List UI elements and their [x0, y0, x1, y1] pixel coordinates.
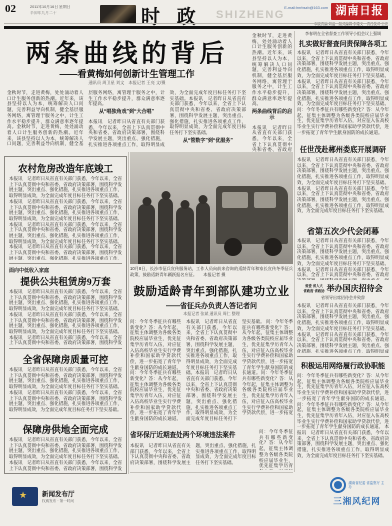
- lunar-date-line: 辛卯年九月二十: [30, 11, 100, 17]
- lead-crosshead-1: 从“唱独角戏”到“大合唱”: [88, 110, 164, 116]
- photo-caption: 10月8日，长沙市征兵宣传服务站，工作人员向前来咨询的适龄青年和家长宣传冬季征兵…: [130, 266, 293, 281]
- recruitment-article-title: 鼓励适龄青年到部队建功立业: [130, 283, 293, 299]
- column-separator: [128, 152, 129, 474]
- reception-article-body: 本报讯 记者昨日从省直有关部门获悉，今年以来，全省上下认真贯彻中央和省委、省政府…: [297, 303, 389, 353]
- article-divider: [9, 418, 122, 419]
- sanxiang-fengji-name: 三湘风纪网: [333, 495, 381, 507]
- photo-vehicle-window: [254, 192, 276, 208]
- lead-side-paragraph: 本报讯 记者昨日从省直有关部门获悉，今年以来，全省上下认真贯彻中央和省委、省政府…: [252, 125, 292, 152]
- newspaper-page: 02 2011年10月16日 星期日 辛卯年九月二十 时 政 SHIZHENG …: [0, 0, 392, 526]
- housing-article-3-title: 全省保障房质量可控: [9, 352, 122, 365]
- email-text: E-mail:hnrbszb@163.com: [262, 6, 328, 12]
- photo-vehicle-window: [222, 192, 248, 208]
- housing-article-1-body: 本报讯 记者昨日从省直有关部门获悉，今年以来，全省上下认真贯彻中央和省委、省政府…: [9, 176, 122, 260]
- lead-crosshead-2: 从“管数字”到“优服务”: [170, 139, 246, 145]
- lead-article-byline: 通讯员 周卫星 刘文 本报记者 王亮 文/摄: [8, 80, 246, 87]
- photo-vehicle-wheel: [224, 238, 242, 256]
- sanxiang-fengji-emblem-icon: [330, 477, 346, 493]
- header-thin-rule: [4, 23, 388, 24]
- environment-article-title: 省环保厅近期查处两个环境违法案件: [130, 429, 256, 442]
- press-release-icon: [12, 487, 38, 506]
- photo-figure: [158, 198, 173, 264]
- reception-headline-prefix-line2: 省政府 省政协: [303, 289, 324, 293]
- recruitment-article-body-continued: 问：今年冬季征兵有哪些新变化？答：从今年起，征集主体调整为各级各类院校应届毕业生…: [259, 429, 293, 470]
- recruitment-article-subtitle: ——省征兵办负责人答记者问: [130, 301, 293, 310]
- cppcc-article-title: 积极运用网络履行政协职能: [297, 361, 389, 371]
- supervision-paragraph: 问：今年冬季征兵有哪些新变化？答：从今年起，征集主体调整为各级各类院校应届毕业生…: [297, 107, 389, 135]
- lead-side-paragraph: 金秋时节，走进黄梅，处处涌动着人口计生服务创新的热潮。近年来，该县坚持以人为本，…: [252, 33, 292, 106]
- press-release-promo: 新闻发布厅 权威发布 · 第一时间: [12, 479, 108, 513]
- housing-article-2-kicker: 面向中低收入家庭: [9, 267, 122, 274]
- article-divider: [297, 356, 389, 357]
- news-photo: [130, 152, 293, 264]
- lead-article-side-column: 金秋时节，走进黄梅，处处涌动着人口计生服务创新的热潮。近年来，该县坚持以人为本，…: [252, 33, 292, 152]
- column-separator: [294, 31, 295, 472]
- recruitment-paragraph: 问：今年冬季征兵有哪些新变化？答：从今年起，征集主体调整为各级各类院校应届毕业生…: [242, 319, 293, 415]
- lead-article-title: 两条曲线的背后: [8, 34, 246, 64]
- recruitment-article-body: 问：今年冬季征兵有哪些新变化？答：从今年起，征集主体调整为各级各类院校应届毕业生…: [130, 319, 293, 425]
- photo-vehicle-wheel: [264, 238, 282, 256]
- masthead-logo: 湖南日报: [331, 3, 388, 20]
- article-divider: [9, 263, 122, 264]
- cppcc-article-body: 问：今年冬季征兵有哪些新变化？答：从今年起，征集主体调整为各级各类院校应届毕业生…: [297, 373, 389, 468]
- congress-article-body: 本报讯 记者昨日从省直有关部门获悉，今年以来，全省上下认真贯彻中央和省委、省政府…: [297, 238, 389, 280]
- housing-article-2-body: 本报讯 记者昨日从省直有关部门获悉，今年以来，全省上下认真贯彻中央和省委、省政府…: [9, 289, 122, 345]
- cppcc-paragraph: 本报讯 记者昨日从省直有关部门获悉，今年以来，全省上下认真贯彻中央和省委、省政府…: [297, 424, 389, 458]
- environment-article-body: 本报讯 记者昨日从省直有关部门获悉，今年以来，全省上下认真贯彻中央和省委、省政府…: [130, 443, 256, 470]
- photo-figure: [138, 204, 155, 264]
- press-release-title: 新闻发布厅: [42, 489, 75, 498]
- lead-article-body: 金秋时节，走进黄梅，处处涌动着人口计生服务创新的热潮。近年来，该县坚持以人为本，…: [7, 90, 246, 152]
- page-number: 02: [5, 3, 27, 18]
- research-trip-article-body: 本报讯 记者昨日从省直有关部门获悉，今年以来，全省上下认真贯彻中央和省委、省政府…: [297, 157, 389, 223]
- supervision-article-body: 本报讯 记者昨日从省直有关部门获悉，今年以来，全省上下认真贯彻中央和省委、省政府…: [297, 50, 389, 142]
- photo-figure: [196, 202, 210, 264]
- recruitment-article-byline: 本报记者 张斌 通讯员 周仁 整理: [130, 311, 293, 317]
- sanxiang-fengji-org: 湖南省纪委 省监察厅 主办: [349, 481, 385, 490]
- housing-news-box: 农村危房改造年底竣工 本报讯 记者昨日从省直有关部门获悉，今年以来，全省上下认真…: [4, 156, 127, 474]
- supervision-paragraph: 本报讯 记者昨日从省直有关部门获悉，今年以来，全省上下认真贯彻中央和省委、省政府…: [297, 50, 389, 106]
- sanxiang-fengji-promo: 湖南省纪委 省监察厅 主办 三湘风纪网: [326, 477, 388, 517]
- reception-headline-prefix-line1: 省委 省人大: [303, 284, 324, 288]
- section-photo-thumbnail: [100, 5, 136, 24]
- reception-article-subtitle: 省领导出席招待会并致辞: [297, 295, 389, 301]
- press-release-subtitle: 权威发布 · 第一时间: [42, 499, 75, 504]
- lead-article-subtitle: ——看黄梅如何创新计生管理工作: [8, 67, 246, 78]
- reception-article-title: 举办国庆招待会: [327, 283, 383, 294]
- supervision-article-kicker: 李春明在全省督查工作领导小组会议上强调: [297, 31, 389, 37]
- cppcc-paragraph: 问：今年冬季征兵有哪些新变化？答：从今年起，征集主体调整为各级各类院校应届毕业生…: [297, 373, 389, 429]
- header-thick-rule: [4, 26, 388, 29]
- article-divider: [9, 348, 122, 349]
- housing-article-4-body: 本报讯 记者昨日从省直有关部门获悉，今年以来，全省上下认真贯彻中央和省委、省政府…: [9, 437, 122, 471]
- research-trip-article-title: 任世茂赴郴州娄底开展调研: [297, 145, 389, 156]
- bottom-rule: [130, 472, 293, 473]
- reception-article-headline-row: 省委 省人大 省政府 省政协 举办国庆招待会: [297, 282, 389, 295]
- housing-article-2-title: 提供公共租赁房9万套: [9, 274, 122, 287]
- housing-article-3-body: 本报讯 记者昨日从省直有关部门获悉，今年以来，全省上下认真贯彻中央和省委、省政府…: [9, 367, 122, 415]
- recruitment-paragraph: 问：今年冬季征兵有哪些新变化？答：从今年起，征集主体调整为各级各类院校应届毕业生…: [130, 319, 181, 421]
- photo-figure: [176, 207, 194, 264]
- lead-side-crosshead: 两条曲线背后的启示: [252, 110, 292, 121]
- housing-article-1-title: 农村危房改造年底竣工: [9, 161, 122, 174]
- congress-article-title: 省第五次少代会闭幕: [297, 226, 389, 237]
- housing-article-4-title: 保障房供地全面完成: [9, 422, 122, 435]
- supervision-article-title: 扎实做好督查问责保障各项工作: [297, 38, 389, 48]
